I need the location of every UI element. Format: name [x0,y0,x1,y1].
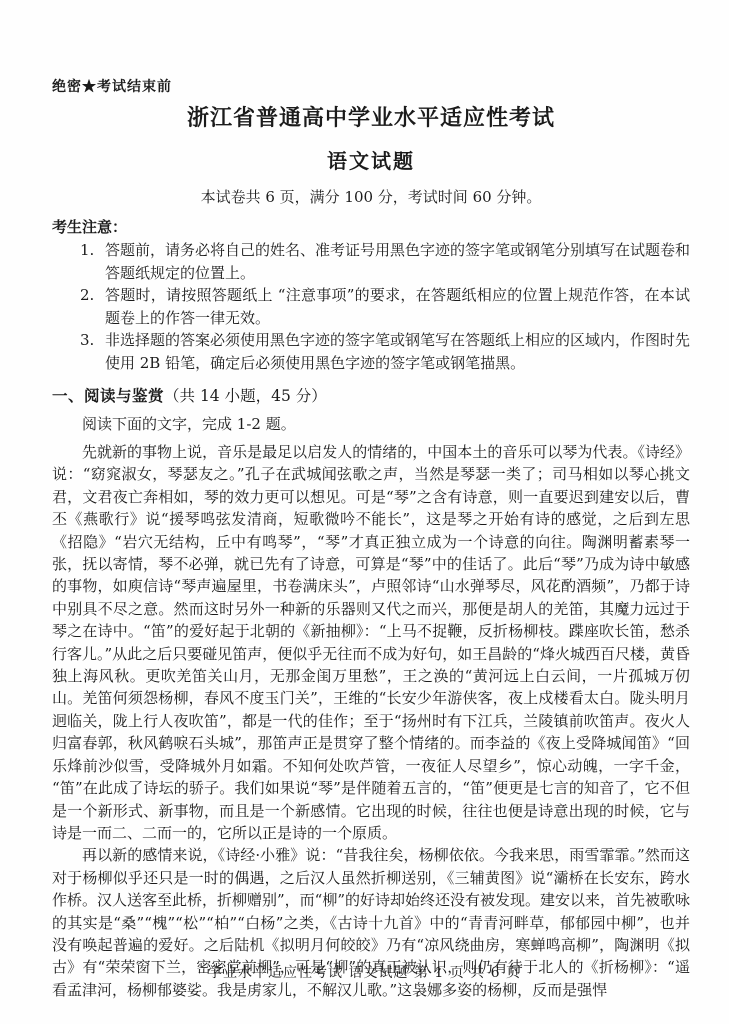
candidate-notice-section: 考生注意： 1. 答题前，请务必将自己的姓名、准考证号用黑色字迹的签字笔或钢笔分… [52,216,690,374]
section-meta: （共 14 小题，45 分） [164,387,327,405]
notice-item-number: 2. [80,284,105,329]
notice-heading: 考生注意： [52,216,690,237]
notice-item-3: 3. 非选择题的答案必须使用黑色字迹的签字笔或钢笔写在答题纸上相应的区域内，作图… [80,329,690,374]
classification-label: 绝密★考试结束前 [52,76,690,96]
notice-list: 1. 答题前，请务必将自己的姓名、准考证号用黑色字迹的签字笔或钢笔分别填写在试题… [80,239,690,374]
exam-subject-title: 语文试题 [52,145,690,174]
passage-paragraph-1: 先就新的事物上说，音乐是最足以启发人的情绪的，中国本土的音乐可以琴为代表。《诗经… [52,441,690,844]
exam-paper-page: 绝密★考试结束前 浙江省普通高中学业水平适应性考试 语文试题 本试卷共 6 页，… [0,0,729,1024]
notice-item-text: 答题前，请务必将自己的姓名、准考证号用黑色字迹的签字笔或钢笔分别填写在试题卷和答… [105,239,690,284]
reading-passage: 先就新的事物上说，音乐是最足以启发人的情绪的，中国本土的音乐可以琴为代表。《诗经… [52,441,690,1001]
notice-item-text: 答题时，请按照答题纸上 “注意事项”的要求，在答题纸相应的位置上规范作答，在本试… [105,284,690,329]
notice-item-text: 非选择题的答案必须使用黑色字迹的签字笔或钢笔写在答题纸上相应的区域内，作图时先使… [105,329,690,374]
notice-item-2: 2. 答题时，请按照答题纸上 “注意事项”的要求，在答题纸相应的位置上规范作答，… [80,284,690,329]
section-title: 一、阅读与鉴赏 [52,386,164,405]
reading-instruction: 阅读下面的文字，完成 1-2 题。 [52,413,690,434]
section-one-heading: 一、阅读与鉴赏（共 14 小题，45 分） [52,384,690,406]
page-footer: 学业水平适应性考试 语文试题 第 1 页 共 6 页 [0,962,729,982]
exam-title: 浙江省普通高中学业水平适应性考试 [52,101,690,132]
exam-info-line: 本试卷共 6 页，满分 100 分，考试时间 60 分钟。 [52,186,690,207]
notice-item-1: 1. 答题前，请务必将自己的姓名、准考证号用黑色字迹的签字笔或钢笔分别填写在试题… [80,239,690,284]
notice-item-number: 1. [80,239,105,284]
notice-item-number: 3. [80,329,105,374]
